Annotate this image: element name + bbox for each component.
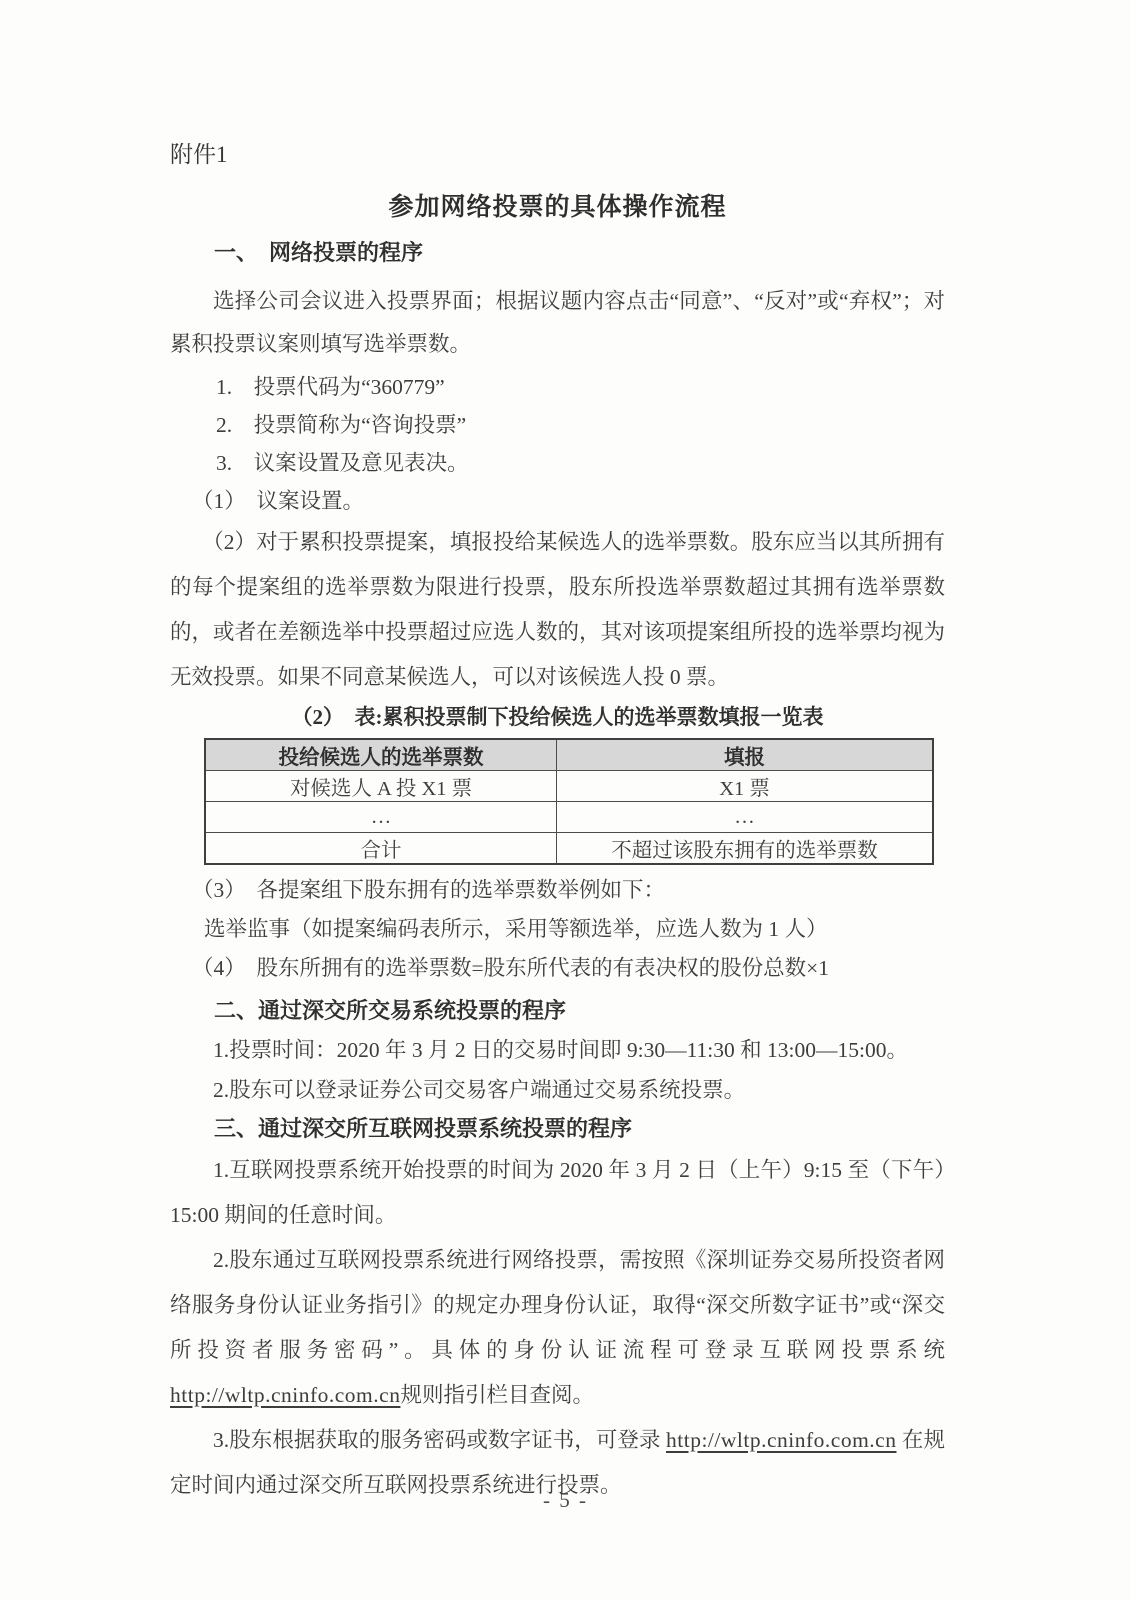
- table-cell: …: [205, 802, 557, 833]
- sub-item-4: （4） 股东所拥有的选举票数=股东所代表的有表决权的股份总数×1: [170, 949, 945, 988]
- table-cell: 合计: [205, 833, 557, 865]
- table-header-fill: 填报: [557, 739, 933, 771]
- numbered-list: 1. 投票代码为“360779” 2. 投票简称为“咨询投票” 3. 议案设置及…: [170, 368, 945, 482]
- item-2-text: 2.股东通过互联网投票系统进行网络投票，需按照《深圳证券交易所投资者网络服务身份…: [170, 1248, 945, 1362]
- document-title: 参加网络投票的具体操作流程: [170, 192, 945, 224]
- table-cell: X1 票: [557, 771, 933, 802]
- section-three-item-2: 2.股东通过互联网投票系统进行网络投票，需按照《深圳证券交易所投资者网络服务身份…: [170, 1238, 945, 1418]
- list-item-voting-name: 2. 投票简称为“咨询投票”: [170, 406, 945, 444]
- table-header-votes: 投给候选人的选举票数: [205, 739, 557, 771]
- example-line: 选举监事（如提案编码表所示，采用等额选举，应选人数为 1 人）: [170, 910, 945, 949]
- table-cell: 不超过该股东拥有的选举票数: [557, 833, 933, 865]
- list-item-proposal-setup: 3. 议案设置及意见表决。: [170, 444, 945, 482]
- document-content: 附件1 参加网络投票的具体操作流程 一、 网络投票的程序 选择公司会议进入投票界…: [170, 140, 945, 1508]
- table-caption: （2） 表:累积投票制下投给候选人的选举票数填报一览表: [170, 702, 945, 732]
- item-3-text: 3.股东根据获取的服务密码或数字证书，可登录: [213, 1428, 666, 1452]
- sub-item-3: （3） 各提案组下股东拥有的选举票数举例如下：: [170, 871, 945, 910]
- vote-allocation-table: 投给候选人的选举票数 填报 对候选人 A 投 X1 票 X1 票 … … 合计 …: [204, 738, 934, 865]
- table-row: … …: [205, 802, 933, 833]
- item-2-suffix: 规则指引栏目查阅。: [400, 1383, 594, 1407]
- voting-system-url: http://wltp.cninfo.com.cn: [170, 1383, 400, 1407]
- list-item-voting-code: 1. 投票代码为“360779”: [170, 368, 945, 406]
- table-cell: 对候选人 A 投 X1 票: [205, 771, 557, 802]
- attachment-label: 附件1: [170, 140, 945, 170]
- sub-item-2-paragraph: （2）对于累积投票提案，填报投给某候选人的选举票数。股东应当以其所拥有的每个提案…: [170, 520, 945, 700]
- document-page: 附件1 参加网络投票的具体操作流程 一、 网络投票的程序 选择公司会议进入投票界…: [0, 0, 1131, 1600]
- section-one-heading: 一、 网络投票的程序: [170, 238, 945, 268]
- table-cell: …: [557, 802, 933, 833]
- section-two-item-2: 2.股东可以登录证券公司交易客户端通过交易系统投票。: [170, 1070, 945, 1110]
- voting-system-url: http://wltp.cninfo.com.cn: [666, 1428, 896, 1452]
- section-two-heading: 二、通过深交所交易系统投票的程序: [170, 992, 945, 1030]
- page-number: - 5 -: [0, 1488, 1131, 1513]
- section-three-item-1: 1.互联网投票系统开始投票的时间为 2020 年 3 月 2 日（上午）9:15…: [170, 1148, 945, 1238]
- table-header-row: 投给候选人的选举票数 填报: [205, 739, 933, 771]
- section-three-heading: 三、通过深交所互联网投票系统投票的程序: [170, 1110, 945, 1148]
- table-row: 合计 不超过该股东拥有的选举票数: [205, 833, 933, 865]
- sub-item-1: （1） 议案设置。: [170, 482, 945, 520]
- section-two-item-1: 1.投票时间：2020 年 3 月 2 日的交易时间即 9:30—11:30 和…: [170, 1030, 945, 1070]
- section-one-intro: 选择公司会议进入投票界面；根据议题内容点击“同意”、“反对”或“弃权”；对累积投…: [170, 280, 945, 366]
- table-row: 对候选人 A 投 X1 票 X1 票: [205, 771, 933, 802]
